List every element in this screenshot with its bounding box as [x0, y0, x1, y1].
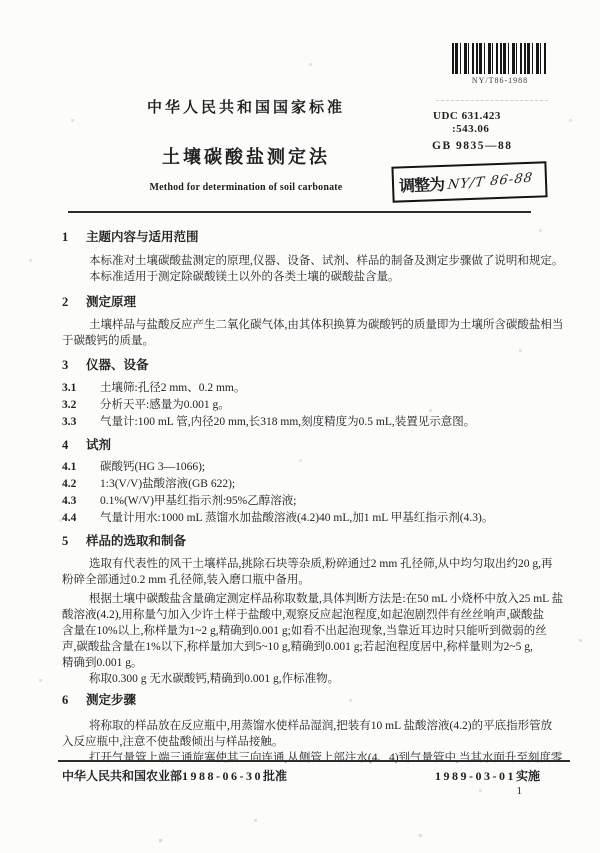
section-2-heading: 2测定原理 [62, 295, 546, 309]
item-number: 4.1 [62, 459, 100, 476]
body-line: 打开气量管上端三通旋塞使其三向连通,从侧管上部注水(4、4)到气量管中,当其水面… [62, 750, 546, 766]
standard-number: GB 9835—88 [432, 140, 513, 152]
item-text: 0.1%(W/V)甲基红指示剂:95%乙醇溶液; [100, 495, 296, 507]
section-1-heading: 1主题内容与适用范围 [62, 230, 546, 244]
numbered-item: 4.4气量计用水:1000 mL 蒸馏水加盐酸溶液(4.2)40 mL,加1 m… [62, 510, 546, 527]
body-line: 于碳酸钙的质量。 [62, 333, 546, 349]
body-line: 入反应瓶中,注意不使盐酸倾出与样品接触。 [62, 734, 546, 750]
body-line: 粉碎全部通过0.2 mm 孔径筛,装入磨口瓶中备用。 [62, 572, 546, 588]
section-number: 1 [62, 230, 86, 244]
item-number: 4.4 [62, 510, 100, 527]
document-title-english: Method for determination of soil carbona… [60, 182, 432, 193]
body-line: 将称取的样品放在反应瓶中,用蒸馏水使样品湿润,把装有10 mL 盐酸溶液(4.2… [62, 718, 546, 734]
section-5-heading: 5样品的选取和制备 [62, 534, 546, 548]
adjustment-stamp: 调整为 NY/T 86-88 [391, 161, 547, 202]
section-title: 仪器、设备 [86, 358, 149, 372]
barcode-label: NY/T86-1988 [452, 76, 548, 85]
item-text: 分析天平:感量为0.001 g。 [100, 399, 230, 411]
numbered-item: 4.30.1%(W/V)甲基红指示剂:95%乙醇溶液; [62, 493, 546, 510]
section-3-heading: 3仪器、设备 [62, 358, 546, 372]
section-title: 样品的选取和制备 [86, 534, 186, 548]
section-title: 测定原理 [86, 295, 136, 309]
item-text: 气量计:100 mL 管,内径20 mm,长318 mm,刻度精度为0.5 mL… [100, 416, 475, 428]
stamp-handwritten-text: NY/T 86-88 [447, 170, 534, 192]
scanned-standard-page: 中华人民共和国国家标准 土壤碳酸盐测定法 Method for determin… [0, 0, 600, 853]
approval-date: 1988-06-30 [182, 769, 263, 783]
numbered-item: 3.2分析天平:感量为0.001 g。 [62, 397, 546, 414]
numbered-item: 4.1碳酸钙(HG 3—1066); [62, 459, 546, 476]
item-number: 4.2 [62, 476, 100, 493]
body-line: 土壤样品与盐酸反应产生二氧化碳气体,由其体积换算为碳酸钙的质量即为土壤所含碳酸盐… [62, 317, 546, 333]
section-4-heading: 4试剂 [62, 438, 546, 452]
body-line: 精确到0.001 g。 [62, 655, 546, 671]
item-text: 碳酸钙(HG 3—1066); [100, 461, 205, 473]
masthead: 中华人民共和国国家标准 土壤碳酸盐测定法 Method for determin… [60, 96, 432, 193]
section-number: 5 [62, 534, 86, 548]
body-line: 含量在10%以上,称样量为1~2 g,精确到0.001 g;如看不出起泡现象,当… [62, 623, 546, 639]
item-text: 气量计用水:1000 mL 蒸馏水加盐酸溶液(4.2)40 mL,加1 mL 甲… [100, 512, 493, 524]
body-line: 选取有代表性的风干土壤样品,挑除石块等杂质,粉碎通过2 mm 孔径筛,从中均匀取… [62, 556, 546, 572]
body-line: 称取0.300 g 无水碳酸钙,精确到0.001 g,作标准物。 [62, 671, 546, 687]
body-line: 根据土壤中碳酸盐含量确定测定样品称取数量,具体判断方法是:在50 mL 小烧杯中… [62, 591, 546, 607]
item-number: 3.1 [62, 380, 100, 397]
implementation-date: 1989-03-01 [435, 769, 516, 783]
item-text: 土壤筛:孔径2 mm、0.2 mm。 [100, 382, 245, 394]
section-6-heading: 6测定步骤 [62, 693, 546, 707]
scan-noise [0, 0, 1, 1]
approval-notice: 中华人民共和国农业部1988-06-30批准 [62, 767, 287, 784]
item-number: 4.3 [62, 493, 100, 510]
item-number: 3.3 [62, 414, 100, 431]
page-number: 1 [517, 785, 523, 797]
body-line: 本标准适用于测定除碳酸镁土以外的各类土壤的碳酸盐含量。 [62, 269, 546, 285]
footer-divider-rule [58, 760, 570, 762]
section-title: 测定步骤 [86, 693, 136, 707]
stamp-prefix-text: 调整为 [399, 171, 445, 196]
section-number: 6 [62, 693, 86, 707]
item-text: 1:3(V/V)盐酸溶液(GB 622); [100, 478, 235, 490]
section-number: 3 [62, 358, 86, 372]
approval-org: 中华人民共和国农业部 [62, 769, 182, 783]
body-line: 酸溶液(4.2),用称量勺加入少许土样于盐酸中,观察反应起泡程度,如起泡剧烈伴有… [62, 607, 546, 623]
numbered-item: 3.3气量计:100 mL 管,内径20 mm,长318 mm,刻度精度为0.5… [62, 414, 546, 431]
section-title: 主题内容与适用范围 [86, 230, 199, 244]
item-number: 3.2 [62, 397, 100, 414]
udc-classification-continued: :543.06 [452, 123, 489, 135]
national-standard-header: 中华人民共和国国家标准 [60, 96, 432, 117]
document-body: 1主题内容与适用范围 本标准对土壤碳酸盐测定的原理,仪器、设备、试剂、样品的制备… [62, 224, 546, 766]
scan-artifact-line [436, 100, 548, 101]
udc-classification: UDC 631.423 [433, 110, 501, 122]
section-title: 试剂 [86, 438, 111, 452]
approval-suffix: 批准 [263, 769, 287, 783]
section-number: 4 [62, 438, 86, 452]
body-line: 声,碳酸盐含量在1%以下,称样量加大到5~10 g,精确到0.001 g;若起泡… [62, 639, 546, 655]
header-divider-rule [68, 211, 531, 213]
implementation-notice: 1989-03-01实施 [435, 767, 540, 784]
document-title: 土壤碳酸盐测定法 [60, 143, 432, 169]
body-line: 本标准对土壤碳酸盐测定的原理,仪器、设备、试剂、样品的制备及测定步骤做了说明和规… [62, 253, 546, 269]
implementation-suffix: 实施 [516, 769, 540, 783]
barcode-image [452, 43, 548, 74]
numbered-item: 3.1土壤筛:孔径2 mm、0.2 mm。 [62, 380, 546, 397]
numbered-item: 4.21:3(V/V)盐酸溶液(GB 622); [62, 476, 546, 493]
section-number: 2 [62, 295, 86, 309]
